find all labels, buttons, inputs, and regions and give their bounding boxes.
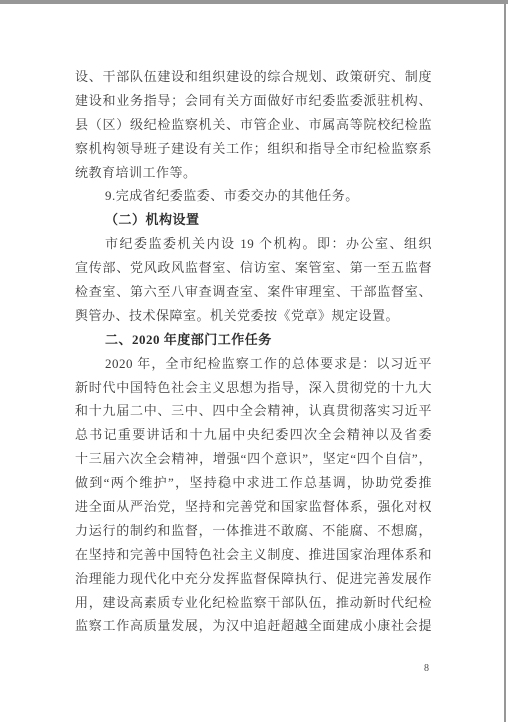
text-line: 做到“两个维护”，坚持稳中求进工作总基调，协助党委推 bbox=[75, 471, 432, 495]
text-line: 2020 年，全市纪检监察工作的总体要求是：以习近平 bbox=[75, 352, 432, 376]
text-line: 建设和业务指导；会同有关方面做好市纪委监委派驻机构、 bbox=[75, 89, 432, 113]
text-line: 和十九届二中、三中、四中全会精神，认真贯彻落实习近平 bbox=[75, 399, 432, 423]
text-line: 设、干部队伍建设和组织建设的综合规划、政策研究、制度 bbox=[75, 65, 432, 89]
text-line: 治理能力现代化中充分发挥监督保障执行、促进完善发展作 bbox=[75, 567, 432, 591]
section-heading: （二）机构设置 bbox=[75, 208, 432, 232]
text-line: 察机构领导班子建设有关工作；组织和指导全市纪检监察系 bbox=[75, 137, 432, 161]
text-line: 在坚持和完善中国特色社会主义制度、推进国家治理体系和 bbox=[75, 543, 432, 567]
text-line: 进全面从严治党，坚持和完善党和国家监督体系，强化对权 bbox=[75, 495, 432, 519]
text-line: 总书记重要讲话和十九届中央纪委四次全会精神以及省委 bbox=[75, 423, 432, 447]
scan-edge-top bbox=[0, 0, 508, 4]
text-line: 9.完成省纪委监委、市委交办的其他任务。 bbox=[75, 184, 432, 208]
text-line: 宣传部、党风政风监督室、信访室、案管室、第一至五监督 bbox=[75, 256, 432, 280]
text-line: 舆管办、技术保障室。机关党委按《党章》规定设置。 bbox=[75, 304, 432, 328]
text-line: 新时代中国特色社会主义思想为指导，深入贯彻党的十九大 bbox=[75, 376, 432, 400]
text-line: 十三届六次全会精神，增强“四个意识”，坚定“四个自信”， bbox=[75, 447, 432, 471]
section-heading: 二、2020 年度部门工作任务 bbox=[75, 328, 432, 352]
page-number: 8 bbox=[424, 662, 429, 676]
text-column: 设、干部队伍建设和组织建设的综合规划、政策研究、制度 建设和业务指导；会同有关方… bbox=[75, 65, 432, 638]
text-line: 检查室、第六至八审查调查室、案件审理室、干部监督室、 bbox=[75, 280, 432, 304]
text-line: 监察工作高质量发展，为汉中追赶超越全面建成小康社会提 bbox=[75, 614, 432, 638]
scan-edge-right bbox=[504, 0, 506, 722]
text-line: 力运行的制约和监督，一体推进不敢腐、不能腐、不想腐， bbox=[75, 519, 432, 543]
text-line: 市纪委监委机关内设 19 个机构。即：办公室、组织部、 bbox=[75, 232, 432, 256]
text-line: 统教育培训工作等。 bbox=[75, 161, 432, 185]
text-line: 县（区）级纪检监察机关、市管企业、市属高等院校纪检监 bbox=[75, 113, 432, 137]
text-line: 用，建设高素质专业化纪检监察干部队伍，推动新时代纪检 bbox=[75, 591, 432, 615]
